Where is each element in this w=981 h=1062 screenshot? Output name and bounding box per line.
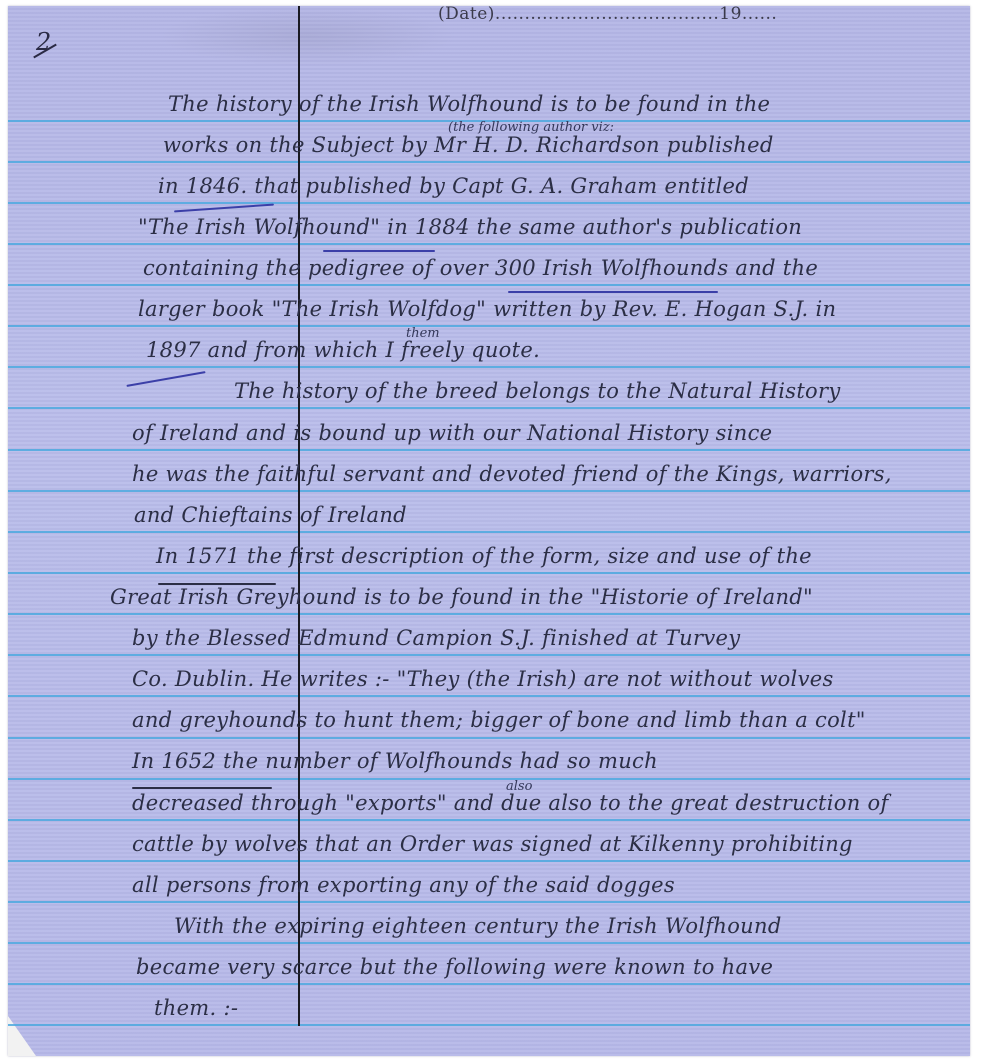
text-line: of Ireland and is bound up with our Nati… [132,421,772,445]
text-line: all persons from exporting any of the sa… [132,873,675,897]
text-line: Great Irish Greyhound is to be found in … [110,585,813,609]
ruled-line [8,778,970,780]
ruled-line [8,695,970,697]
ruled-line [8,901,970,903]
ruled-line [8,860,970,862]
ruled-line [8,325,970,327]
text-line: containing the pedigree of over 300 Iris… [143,256,818,280]
ruled-line [8,983,970,985]
ruled-line [8,819,970,821]
letter-sheet: (Date)..................................… [8,6,970,1056]
ruled-line [8,449,970,451]
ruled-line [8,654,970,656]
text-line: 1897 and from which I freely quote. [146,338,540,362]
text-line: larger book "The Irish Wolfdog" written … [138,297,836,321]
text-line: he was the faithful servant and devoted … [132,462,892,486]
pencil-underline [508,291,718,293]
text-line: became very scarce but the following wer… [136,955,773,979]
ruled-line [8,1024,970,1026]
text-line: them. :- [154,996,238,1020]
ruled-line [8,161,970,163]
text-line: cattle by wolves that an Order was signe… [132,832,853,856]
text-line: In 1571 the first description of the for… [156,544,812,568]
ruled-line [8,531,970,533]
text-line: In 1652 the number of Wolfhounds had so … [132,749,658,773]
ruled-line [8,366,970,368]
ruled-line [8,490,970,492]
ruled-line [8,572,970,574]
text-line: Co. Dublin. He writes :- "They (the Iris… [132,667,834,691]
text-line: and Chieftains of Ireland [134,503,407,527]
date-line: (Date)..................................… [438,6,777,24]
ink-underline [132,787,272,789]
pencil-underline [126,371,205,387]
text-line: The history of the breed belongs to the … [234,379,841,403]
text-line: decreased through "exports" and due also… [132,791,889,815]
pencil-underline [174,204,274,213]
ruled-line [8,407,970,409]
text-line: by the Blessed Edmund Campion S.J. finis… [132,626,740,650]
text-line: in 1846. that published by Capt G. A. Gr… [158,174,749,198]
text-line: works on the Subject by Mr H. D. Richard… [163,133,774,157]
text-line: With the expiring eighteen century the I… [174,914,782,938]
text-line: The history of the Irish Wolfhound is to… [168,92,770,116]
ruled-line [8,942,970,944]
ruled-line [8,737,970,739]
ruled-line [8,613,970,615]
pencil-underline [323,250,435,252]
ruled-line [8,284,970,286]
text-line: and greyhounds to hunt them; bigger of b… [132,708,866,732]
paper-crease [158,6,458,66]
ruled-line [8,243,970,245]
folded-corner [8,1016,36,1056]
ruled-line [8,202,970,204]
text-line: "The Irish Wolfhound" in 1884 the same a… [138,215,802,239]
